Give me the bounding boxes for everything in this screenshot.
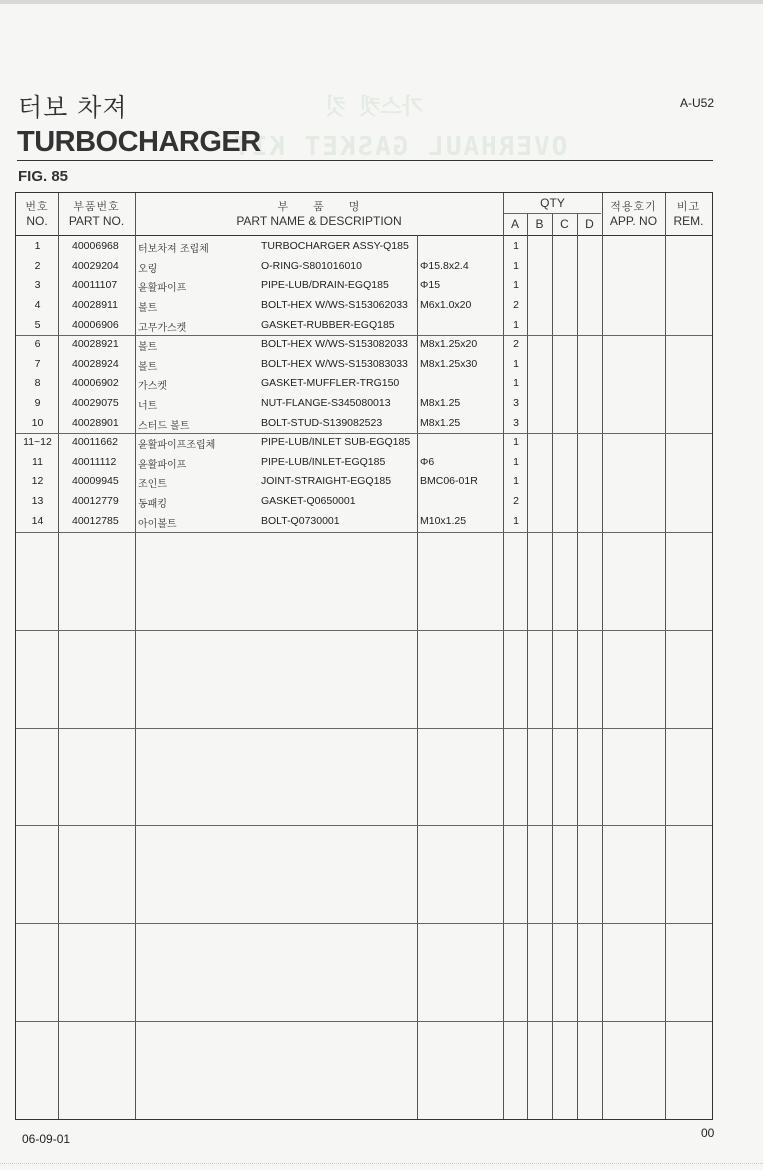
table-row: 340011107윤활파이프PIPE-LUB/DRAIN-EGQ185Φ151: [16, 276, 712, 296]
part-spec: Φ15: [420, 279, 440, 291]
part-name-english: GASKET-RUBBER-EGQ185: [261, 319, 395, 331]
header-no: 번호NO.: [16, 199, 58, 229]
table-row: 840006902가스켓GASKET-MUFFLER-TRG1501: [16, 374, 712, 394]
page-number: 00: [701, 1126, 714, 1140]
part-number: 40028901: [72, 417, 119, 429]
item-number: 7: [16, 358, 59, 370]
table-row: 940029075너트NUT-FLANGE-S345080013M8x1.253: [16, 394, 712, 414]
item-number: 2: [16, 260, 59, 272]
bleedthrough-title: OVERHAUL GASKET KIT: [232, 132, 567, 162]
table-row: 1440012785아이볼트BOLT-Q0730001M10x1.251: [16, 512, 712, 532]
part-name-korean: 조인트: [138, 475, 167, 490]
parts-table: 번호NO. 부품번호PART NO. 부 품 명PART NAME & DESC…: [15, 192, 713, 1120]
bleedthrough-korean: 가스켓 킷: [325, 90, 423, 121]
header-divider: [16, 235, 712, 236]
page-title: TURBOCHARGER: [17, 126, 261, 159]
part-name-english: PIPE-LUB/DRAIN-EGQ185: [261, 279, 389, 291]
group-divider: [16, 532, 712, 533]
part-name-korean: 윤활파이프: [138, 456, 186, 471]
qty-a: 1: [504, 475, 528, 487]
header-qty: QTY: [503, 196, 602, 211]
part-name-english: BOLT-STUD-S139082523: [261, 417, 382, 429]
table-row: 140006968터보차져 조립체TURBOCHARGER ASSY-Q1851: [16, 237, 712, 257]
qty-a: 2: [504, 299, 528, 311]
part-name-korean: 볼트: [138, 358, 157, 373]
part-number: 40012779: [72, 495, 119, 507]
scan-edge: [0, 0, 763, 4]
qty-a: 1: [504, 240, 528, 252]
qty-a: 1: [504, 279, 528, 291]
part-name-english: BOLT-Q0730001: [261, 515, 340, 527]
item-number: 4: [16, 299, 59, 311]
qty-a: 2: [504, 338, 528, 350]
table-row: 1340012779동패킹GASKET-Q06500012: [16, 492, 712, 512]
part-name-korean: 볼트: [138, 338, 157, 353]
part-name-korean: 볼트: [138, 299, 157, 314]
part-name-korean: 동패킹: [138, 495, 167, 510]
group-divider: [16, 825, 712, 826]
qty-a: 3: [504, 397, 528, 409]
part-name-korean: 고무가스켓: [138, 319, 186, 334]
qty-a: 1: [504, 377, 528, 389]
part-name-english: JOINT-STRAIGHT-EGQ185: [261, 475, 391, 487]
part-name-english: BOLT-HEX W/WS-S153062033: [261, 299, 408, 311]
title-korean: 터보 차져: [18, 88, 128, 124]
item-number: 11: [16, 456, 59, 468]
part-number: 40028911: [72, 299, 118, 311]
part-name-english: PIPE-LUB/INLET-EGQ185: [261, 456, 385, 468]
item-number: 9: [16, 397, 59, 409]
table-row: 640028921볼트BOLT-HEX W/WS-S153082033M8x1.…: [16, 335, 712, 355]
header-qty-d: D: [577, 217, 602, 232]
part-number: 40006906: [72, 319, 119, 331]
part-spec: Φ15.8x2.4: [420, 260, 469, 272]
table-row: 440028911볼트BOLT-HEX W/WS-S153062033M6x1.…: [16, 296, 712, 316]
header-qty-b: B: [527, 217, 552, 232]
part-name-korean: 가스켓: [138, 377, 167, 392]
part-name-english: PIPE-LUB/INLET SUB-EGQ185: [261, 436, 410, 448]
header-app-no: 적용호기APP. NO: [602, 199, 665, 229]
table-row: 240029204오링O-RING-S801016010Φ15.8x2.41: [16, 257, 712, 277]
part-spec: M8x1.25: [420, 417, 460, 429]
part-name-korean: 터보차져 조립체: [138, 240, 209, 255]
item-number: 1: [16, 240, 59, 252]
part-name-korean: 너트: [138, 397, 157, 412]
qty-a: 1: [504, 436, 528, 448]
table-row: 740028924볼트BOLT-HEX W/WS-S153083033M8x1.…: [16, 355, 712, 375]
part-name-korean: 윤활파이프: [138, 279, 186, 294]
part-number: 40012785: [72, 515, 119, 527]
part-number: 40028924: [72, 358, 119, 370]
item-number: 3: [16, 279, 59, 291]
part-name-english: BOLT-HEX W/WS-S153083033: [261, 358, 408, 370]
item-number: 11~12: [16, 436, 59, 448]
header-qty-a: A: [503, 217, 527, 232]
header-part-name: 부 품 명PART NAME & DESCRIPTION: [135, 199, 503, 229]
item-number: 8: [16, 377, 59, 389]
header-remarks: 비고REM.: [665, 199, 712, 229]
figure-label: FIG. 85: [18, 168, 68, 185]
title-divider: [17, 160, 713, 161]
item-number: 14: [16, 515, 59, 527]
group-divider: [16, 728, 712, 729]
part-spec: M8x1.25: [420, 397, 460, 409]
part-number: 40009945: [72, 475, 119, 487]
part-name-english: TURBOCHARGER ASSY-Q185: [261, 240, 409, 252]
page-code: A-U52: [680, 96, 714, 110]
item-number: 6: [16, 338, 59, 350]
table-row: 1140011112윤활파이프PIPE-LUB/INLET-EGQ185Φ61: [16, 453, 712, 473]
part-spec: M6x1.0x20: [420, 299, 471, 311]
scan-edge-bottom: [0, 1163, 763, 1165]
item-number: 12: [16, 475, 59, 487]
table-row: 11~1240011662윤활파이프조립체PIPE-LUB/INLET SUB-…: [16, 433, 712, 453]
header-qty-c: C: [552, 217, 577, 232]
part-name-english: NUT-FLANGE-S345080013: [261, 397, 391, 409]
part-name-korean: 아이볼트: [138, 515, 177, 530]
part-spec: M8x1.25x30: [420, 358, 477, 370]
part-name-english: O-RING-S801016010: [261, 260, 362, 272]
header-part-no: 부품번호PART NO.: [58, 199, 135, 229]
part-spec: BMC06-01R: [420, 475, 478, 487]
qty-a: 1: [504, 319, 528, 331]
item-number: 5: [16, 319, 59, 331]
part-number: 40029204: [72, 260, 119, 272]
part-name-korean: 오링: [138, 260, 157, 275]
part-number: 40011107: [72, 279, 117, 291]
group-divider: [16, 923, 712, 924]
table-row: 1040028901스터드 볼트BOLT-STUD-S139082523M8x1…: [16, 414, 712, 434]
qty-a: 1: [504, 358, 528, 370]
item-number: 10: [16, 417, 59, 429]
part-name-korean: 스터드 볼트: [138, 417, 189, 432]
group-divider: [16, 1021, 712, 1022]
qty-a: 2: [504, 495, 528, 507]
part-name-english: BOLT-HEX W/WS-S153082033: [261, 338, 408, 350]
revision-date: 06-09-01: [22, 1132, 70, 1146]
qty-a: 1: [504, 515, 528, 527]
part-name-english: GASKET-MUFFLER-TRG150: [261, 377, 399, 389]
table-row: 1240009945조인트JOINT-STRAIGHT-EGQ185BMC06-…: [16, 472, 712, 492]
part-number: 40029075: [72, 397, 119, 409]
qty-a: 1: [504, 260, 528, 272]
table-row: 540006906고무가스켓GASKET-RUBBER-EGQ1851: [16, 316, 712, 336]
item-number: 13: [16, 495, 59, 507]
group-divider: [16, 630, 712, 631]
part-number: 40006902: [72, 377, 119, 389]
part-name-korean: 윤활파이프조립체: [138, 436, 215, 451]
part-number: 40011112: [72, 456, 116, 468]
part-spec: M10x1.25: [420, 515, 466, 527]
part-spec: Φ6: [420, 456, 434, 468]
part-name-english: GASKET-Q0650001: [261, 495, 356, 507]
part-number: 40028921: [72, 338, 119, 350]
qty-a: 1: [504, 456, 528, 468]
qty-a: 3: [504, 417, 528, 429]
part-number: 40006968: [72, 240, 119, 252]
part-number: 40011662: [72, 436, 118, 448]
part-spec: M8x1.25x20: [420, 338, 477, 350]
